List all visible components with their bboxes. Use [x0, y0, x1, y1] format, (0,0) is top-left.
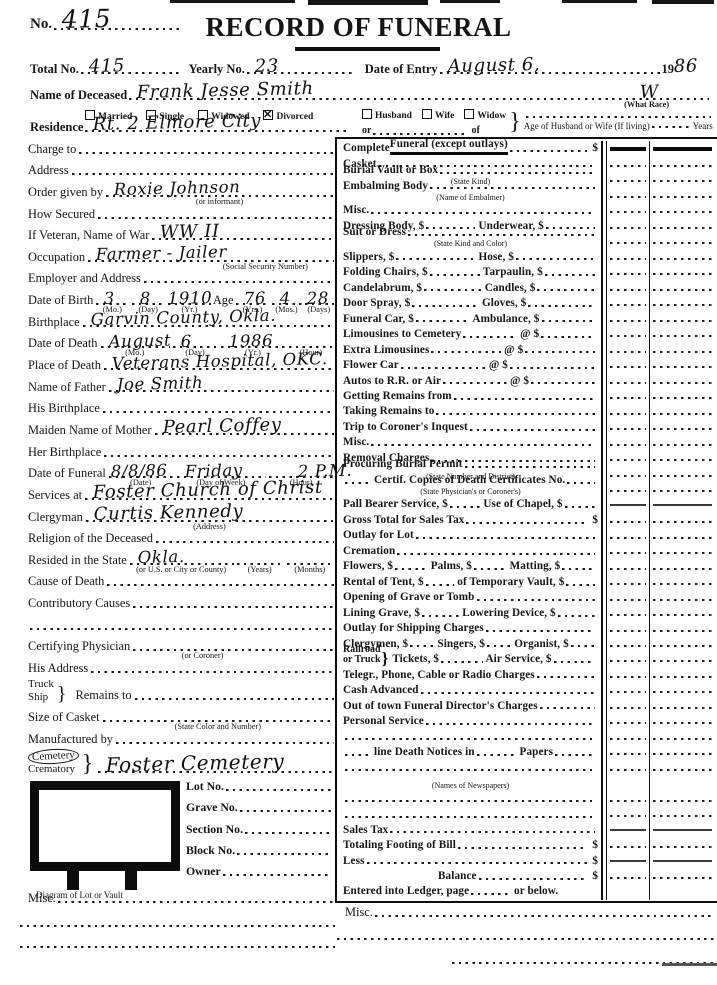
- left-fields-column: Charge to Address Order given by Roxie J…: [28, 137, 335, 778]
- charge-label: Hose, $: [478, 252, 514, 264]
- field-resided-in-state: Resided in the State Okla.(or U.S. or Ci…: [28, 548, 335, 570]
- dotted-leader: [237, 853, 331, 855]
- amount-line: [610, 521, 646, 523]
- charge-line: Door Spray, $Gloves, $: [343, 298, 598, 311]
- charge-label: Funeral Car, $: [343, 314, 414, 326]
- charge-label: Procuring Burial Permit: [343, 459, 463, 471]
- charge-label-underlined: Funeral (except outlays): [390, 139, 508, 155]
- amount-line: [653, 459, 712, 461]
- charge-description: Rental of Tent, $of Temporary Vault, $: [337, 575, 603, 590]
- checkbox-icon: [362, 109, 372, 119]
- charge-description: Railroador Truck}Tickets, $Air Service, …: [337, 652, 603, 667]
- cemetery-value: Foster Cemetery: [106, 751, 285, 775]
- dotted-leader: [510, 150, 588, 152]
- amount-cell: [649, 265, 715, 280]
- amount-cell: [606, 466, 649, 481]
- charge-row: Autos to R.R. or Air@ $: [337, 373, 717, 388]
- dotted-leader: [345, 800, 595, 802]
- dollar-sign: $: [592, 143, 598, 155]
- place-of-death-value: Veterans Hospital, OKC.: [112, 351, 328, 372]
- charge-line: Taking Remains to: [343, 406, 598, 419]
- charge-row: Pall Bearer Service, $Use of Chapel, $: [337, 497, 717, 512]
- amount-cell: [649, 683, 715, 698]
- amount-cell: [649, 497, 715, 512]
- amount-line: [653, 304, 712, 306]
- amount-line: [610, 258, 646, 260]
- charge-row: Sales Tax: [337, 822, 717, 837]
- deceased-name-value: Frank Jesse Smith: [137, 80, 314, 102]
- amount-cell: [606, 234, 649, 249]
- amount-line: [610, 846, 646, 848]
- amount-cell: [606, 606, 649, 621]
- amount-line: [653, 769, 712, 771]
- charge-description: Flower Car@ $: [337, 358, 603, 373]
- amount-cell: [649, 606, 715, 621]
- amount-cell: [606, 358, 649, 373]
- charge-line: Personal Service: [343, 716, 598, 729]
- amount-line: [610, 614, 646, 616]
- date-of-entry-value: August 6,: [447, 56, 540, 76]
- charge-label: Flower Car: [343, 360, 399, 372]
- amount-line: [610, 165, 646, 167]
- field-clergyman: Clergyman Curtis Kennedy (Address): [28, 505, 335, 527]
- charge-row: [337, 729, 717, 744]
- charge-line: Misc.: [343, 205, 598, 218]
- services-at-value: Foster Church of Christ: [93, 479, 323, 502]
- dotted-leader: [345, 738, 595, 740]
- dotted-leader: [554, 661, 595, 663]
- charge-line: Complete Funeral (except outlays)$: [343, 139, 598, 156]
- amount-line: [653, 552, 712, 554]
- amount-cell: [649, 327, 715, 342]
- amount-line: [610, 568, 646, 570]
- charge-row: Embalming Body(Name of Embalmer): [337, 187, 717, 202]
- amount-line: [610, 320, 646, 322]
- dotted-leader: [412, 305, 479, 307]
- spouse-age-unit: Years: [693, 121, 713, 131]
- charge-label: Cash Advanced: [343, 685, 419, 697]
- misc-left-dotted-line: [20, 925, 338, 927]
- charge-description: Lining Grave, $Lowering Device, $: [337, 606, 603, 621]
- charge-line: Totaling Footing of Bill$: [343, 840, 598, 853]
- amount-cell: [649, 156, 715, 171]
- race-value: W: [640, 84, 660, 102]
- amount-line: [610, 428, 646, 430]
- amount-line: [653, 583, 712, 585]
- charge-label: Out of town Funeral Director's Charges: [343, 701, 538, 713]
- amount-cell: [606, 667, 649, 682]
- amount-cell: [649, 389, 715, 404]
- amount-line: [653, 351, 712, 353]
- dotted-leader: [345, 769, 595, 771]
- residence-row: Residence Rt. 2 Elmore City: [30, 120, 350, 135]
- charge-label: Getting Remains from: [343, 391, 452, 403]
- charge-label: Flowers, $: [343, 561, 393, 573]
- amount-cell: [606, 544, 649, 559]
- charge-description: Misc.: [337, 203, 603, 218]
- charge-description: Limousines to Cemetery@ $: [337, 327, 603, 342]
- amount-line: [610, 180, 646, 182]
- dollar-sign: $: [592, 856, 598, 868]
- amount-line: [610, 273, 646, 275]
- charge-row: Telegr., Phone, Cable or Radio Charges: [337, 667, 717, 682]
- amount-line: [653, 413, 712, 415]
- deceased-name-label: Name of Deceased: [30, 88, 127, 103]
- amount-line: [610, 397, 646, 399]
- charge-label: @ $: [489, 360, 508, 372]
- spouse-checkbox-label: Widow: [477, 111, 506, 121]
- amount-cell: [649, 513, 715, 528]
- amount-cell: [649, 203, 715, 218]
- field-date-of-birth: Date of Birth 3(Mo.) 8(Day) 1910(Yr.) Ag…: [28, 288, 335, 310]
- dotted-leader: [390, 831, 595, 833]
- charge-label: or below.: [514, 886, 558, 898]
- dotted-leader: [371, 212, 595, 214]
- charge-label: Slippers, $: [343, 252, 394, 264]
- amount-cell: [649, 652, 715, 667]
- charge-line: Suit or Dress: [343, 227, 598, 240]
- charge-label: Tickets, $: [392, 654, 439, 666]
- charge-sublabel: (State Physician's or Coroner's): [343, 488, 598, 497]
- field-name-of-father: Name of Father Joe Smith: [28, 375, 335, 397]
- dotted-leader: [541, 336, 595, 338]
- charge-description: Entered into Ledger, pageor below.: [337, 884, 603, 899]
- amount-line: [653, 335, 712, 337]
- dotted-leader: [474, 568, 507, 570]
- amount-cell: [606, 760, 649, 775]
- amount-cell: [649, 853, 715, 868]
- charge-line: Railroador Truck}Tickets, $Air Service, …: [343, 645, 598, 668]
- charge-description: Telegr., Phone, Cable or Radio Charges: [337, 667, 603, 682]
- amount-cell: [649, 807, 715, 822]
- dollar-sign: $: [592, 840, 598, 852]
- charge-sublabel: (Name of Embalmer): [343, 194, 598, 203]
- yearly-no-label: Yearly No.: [189, 62, 245, 77]
- field-employer-address: Employer and Address: [28, 267, 335, 289]
- field-how-secured: How Secured: [28, 202, 335, 224]
- misc-right-dotted-line: [337, 938, 717, 940]
- amount-cell: [649, 218, 715, 233]
- lot-info-label: Section No.: [186, 822, 243, 837]
- amount-line: [610, 753, 646, 755]
- dotted-leader: [441, 661, 482, 663]
- dotted-leader: [223, 874, 331, 876]
- charge-label: Tarpaulin, $: [483, 267, 543, 279]
- charge-line: Rental of Tent, $of Temporary Vault, $: [343, 577, 598, 590]
- charge-label: Cremation: [343, 546, 395, 558]
- amount-line: [653, 180, 712, 182]
- charge-label: Personal Service: [343, 716, 424, 728]
- dotted-leader: [471, 893, 511, 895]
- amount-cell: [649, 590, 715, 605]
- amount-cell: [649, 667, 715, 682]
- field-remains-to: TruckShip } Remains to: [28, 678, 335, 705]
- dotted-leader: [450, 506, 480, 508]
- dotted-leader: [510, 367, 595, 369]
- charge-stacked-line: or Truck: [343, 655, 381, 666]
- charge-description: [337, 729, 603, 744]
- amount-cell: [649, 714, 715, 729]
- amount-cell: [649, 311, 715, 326]
- dotted-leader: [395, 568, 428, 570]
- field-veteran-war: If Veteran, Name of War WW II: [28, 224, 335, 246]
- amount-cell: [606, 296, 649, 311]
- charge-row: Door Spray, $Gloves, $: [337, 296, 717, 311]
- clergyman-value: Curtis Kennedy: [93, 502, 243, 523]
- amount-line: [610, 227, 646, 229]
- amount-cell: [649, 141, 715, 156]
- order-given-by-value: Roxie Johnson: [114, 180, 241, 199]
- amount-line: [610, 800, 646, 802]
- charge-label: @ $: [520, 329, 539, 341]
- field-manufactured-by: Manufactured by: [28, 727, 335, 749]
- field-charge-to: Charge to: [28, 137, 335, 159]
- occupation-value: Farmer - Jailer: [96, 244, 227, 263]
- charge-description: Balance$: [337, 869, 603, 884]
- amount-cell: [649, 575, 715, 590]
- lot-info-row: Owner: [186, 864, 334, 879]
- amount-line: [653, 537, 712, 539]
- checked-checkbox-icon: [263, 110, 273, 120]
- amount-line: [610, 242, 646, 244]
- charge-line: Flower Car@ $: [343, 360, 598, 373]
- charge-label: @ $: [504, 345, 523, 357]
- charge-line: Outlay for Shipping Charges: [343, 623, 598, 636]
- charge-label: Outlay for Shipping Charges: [343, 623, 484, 635]
- lot-info-row: Lot No.: [186, 779, 334, 794]
- charge-line: Less$: [343, 856, 598, 869]
- amount-cell: [606, 698, 649, 713]
- spouse-brace: }: [509, 112, 521, 134]
- dotted-leader: [436, 413, 595, 415]
- charge-description: (Names of Newspapers): [337, 776, 603, 791]
- charge-row: [337, 807, 717, 822]
- charge-label: Lining Grave, $: [343, 608, 420, 620]
- charge-description: Less$: [337, 853, 603, 868]
- dotted-leader: [477, 754, 517, 756]
- amount-cell: [649, 296, 715, 311]
- amount-cell: [606, 172, 649, 187]
- field-her-birthplace: Her Birthplace: [28, 440, 335, 462]
- amount-line: [610, 645, 646, 647]
- charge-description: Flowers, $Palms, $Matting, $: [337, 559, 603, 574]
- charge-line: Sales Tax: [343, 825, 598, 838]
- amount-line: [653, 227, 712, 229]
- veteran-war-value: WW II: [160, 223, 220, 242]
- amount-line: [653, 599, 712, 601]
- charge-description: Taking Remains to: [337, 404, 603, 419]
- charge-description: Trip to Coroner's Inquest: [337, 420, 603, 435]
- amount-cell: [606, 621, 649, 636]
- charge-description: Opening of Grave or Tomb: [337, 590, 603, 605]
- amount-cell: [606, 575, 649, 590]
- charge-brace: }: [382, 652, 389, 666]
- charge-row: Suit or Dress(State Kind and Color): [337, 234, 717, 249]
- dotted-leader: [430, 274, 480, 276]
- amount-cell: [606, 822, 649, 837]
- dotted-leader: [531, 382, 595, 384]
- charge-label: Outlay for Lot: [343, 530, 414, 542]
- lot-info-row: Section No.: [186, 822, 334, 837]
- dotted-leader: [345, 754, 371, 756]
- residence-value: Rt. 2 Elmore City: [93, 112, 262, 134]
- charge-row: Slippers, $Hose, $: [337, 249, 717, 264]
- field-occupation: Occupation Farmer - Jailer (Social Secur…: [28, 245, 335, 267]
- charge-row: [337, 760, 717, 775]
- amount-cell: [606, 373, 649, 388]
- field-address: Address: [28, 159, 335, 181]
- charge-row: Complete Funeral (except outlays)$: [337, 141, 717, 156]
- yearly-no-value: 23: [254, 57, 279, 76]
- charge-description: [337, 760, 603, 775]
- amount-line: [653, 504, 712, 506]
- dotted-leader: [486, 630, 595, 632]
- amount-cell: [649, 884, 715, 899]
- field-his-address: His Address: [28, 656, 335, 678]
- or-label: or: [362, 123, 371, 138]
- charge-label: @ $: [510, 376, 529, 388]
- field-contributory-causes: Contributory Causes: [28, 591, 335, 613]
- charge-label: Folding Chairs, $: [343, 267, 428, 279]
- dotted-leader: [470, 429, 595, 431]
- charge-label: Palms, $: [431, 561, 472, 573]
- amount-cell: [606, 745, 649, 760]
- charge-label: Suit or Dress: [343, 227, 406, 239]
- charge-line: Out of town Funeral Director's Charges: [343, 701, 598, 714]
- year-prefix: 19: [662, 62, 675, 77]
- amount-cell: [649, 420, 715, 435]
- amount-line: [610, 552, 646, 554]
- amount-cell: [606, 187, 649, 202]
- amount-line: [653, 242, 712, 244]
- blank-dotted-line: [28, 613, 335, 635]
- spouse-section: HusbandWifeWidow or of } Age of Husband …: [362, 108, 714, 138]
- amount-cell: [606, 590, 649, 605]
- charge-description: Misc.: [337, 435, 603, 450]
- charge-description: Cash Advanced: [337, 683, 603, 698]
- charge-description: Getting Remains from: [337, 389, 603, 404]
- charge-line: Burial Vault or Box: [343, 165, 598, 178]
- dotted-leader: [465, 466, 595, 468]
- charge-row: Misc.: [337, 435, 717, 450]
- dotted-leader: [245, 832, 331, 834]
- dotted-leader: [408, 234, 595, 236]
- dotted-leader: [396, 258, 475, 260]
- amount-cell: [606, 528, 649, 543]
- charge-label: Candelabrum, $: [343, 283, 422, 295]
- amount-line: [653, 846, 712, 848]
- entry-row: Total No. 415 Yearly No. 23 Date of Entr…: [30, 62, 702, 77]
- amount-line: [653, 289, 712, 291]
- charge-description: Embalming Body(Name of Embalmer): [337, 187, 603, 202]
- birthplace-value: Garvin County, Okla.: [90, 308, 276, 329]
- amount-line: [610, 382, 646, 384]
- charge-row: Totaling Footing of Bill$: [337, 838, 717, 853]
- charge-row: Personal Service: [337, 714, 717, 729]
- spouse-checkbox-widow: Widow: [464, 108, 506, 123]
- charge-description: Autos to R.R. or Air@ $: [337, 373, 603, 388]
- charge-label: Lowering Device, $: [462, 608, 555, 620]
- amount-cell: [649, 838, 715, 853]
- amount-cell: [649, 729, 715, 744]
- spouse-checkboxes: HusbandWifeWidow: [362, 108, 506, 123]
- charge-description: Certif. Copies of Death Certificates No.…: [337, 482, 603, 497]
- amount-line: [610, 877, 646, 879]
- charge-line: Certif. Copies of Death Certificates No.: [343, 475, 598, 488]
- charge-row: Lining Grave, $Lowering Device, $: [337, 606, 717, 621]
- charge-line: Trip to Coroner's Inquest: [343, 422, 598, 435]
- amount-cell: [606, 497, 649, 512]
- charge-description: Complete Funeral (except outlays)$: [337, 141, 603, 156]
- amount-cell: [606, 838, 649, 853]
- amount-cell: [649, 559, 715, 574]
- charge-label: Totaling Footing of Bill: [343, 840, 456, 852]
- amount-cell: [606, 218, 649, 233]
- charge-row: Getting Remains from: [337, 389, 717, 404]
- dotted-leader: [416, 537, 595, 539]
- charge-row: Rental of Tent, $of Temporary Vault, $: [337, 575, 717, 590]
- amount-cell: [606, 513, 649, 528]
- dotted-leader: [422, 615, 459, 617]
- dotted-leader: [426, 584, 455, 586]
- field-his-birthplace: His Birthplace: [28, 397, 335, 419]
- amount-cell: [606, 249, 649, 264]
- spouse-age-label: Age of Husband or Wife (If living): [524, 121, 650, 131]
- charge-line: Telegr., Phone, Cable or Radio Charges: [343, 670, 598, 683]
- total-no-value: 415: [88, 57, 125, 76]
- lot-info-label: Lot No.: [186, 779, 224, 794]
- charge-label: Autos to R.R. or Air: [343, 376, 441, 388]
- lot-info-row: Block No.: [186, 843, 334, 858]
- amount-line: [653, 382, 712, 384]
- dotted-leader: [479, 878, 588, 880]
- charge-description: Out of town Funeral Director's Charges: [337, 698, 603, 713]
- amount-line: [653, 800, 712, 802]
- checkbox-icon: [422, 109, 432, 119]
- charge-label: Gross Total for Sales Tax: [343, 515, 464, 527]
- charge-description: Suit or Dress(State Kind and Color): [337, 234, 603, 249]
- charge-description: Door Spray, $Gloves, $: [337, 296, 603, 311]
- amount-cell: [649, 745, 715, 760]
- field-certifying-physician: Certifying Physician (or Coroner): [28, 635, 335, 657]
- field-religion: Religion of the Deceased: [28, 527, 335, 549]
- amount-cell: [649, 373, 715, 388]
- deceased-name-row: Name of Deceased Frank Jesse Smith W (Wh…: [30, 88, 710, 103]
- amount-line: [653, 630, 712, 632]
- amount-line: [653, 645, 712, 647]
- amount-cell: [649, 358, 715, 373]
- amount-cell: [606, 791, 649, 806]
- amount-line: [610, 860, 646, 862]
- amount-cell: [606, 342, 649, 357]
- amount-cell: [606, 853, 649, 868]
- amount-line: [610, 599, 646, 601]
- charge-row: Candelabrum, $Candles, $: [337, 280, 717, 295]
- dotted-leader: [528, 305, 595, 307]
- charge-description: Cremation: [337, 544, 603, 559]
- charge-row: Cremation: [337, 544, 717, 559]
- amount-cell: [649, 822, 715, 837]
- charge-description: line Death Notices inPapers: [337, 745, 603, 760]
- amount-cell: [649, 621, 715, 636]
- amount-line: [610, 366, 646, 368]
- amount-cell: [606, 203, 649, 218]
- amount-cell: [606, 156, 649, 171]
- dotted-leader: [466, 522, 587, 524]
- charge-label: Use of Chapel, $: [483, 499, 562, 511]
- amount-line: [610, 289, 646, 291]
- amount-cell: [649, 404, 715, 419]
